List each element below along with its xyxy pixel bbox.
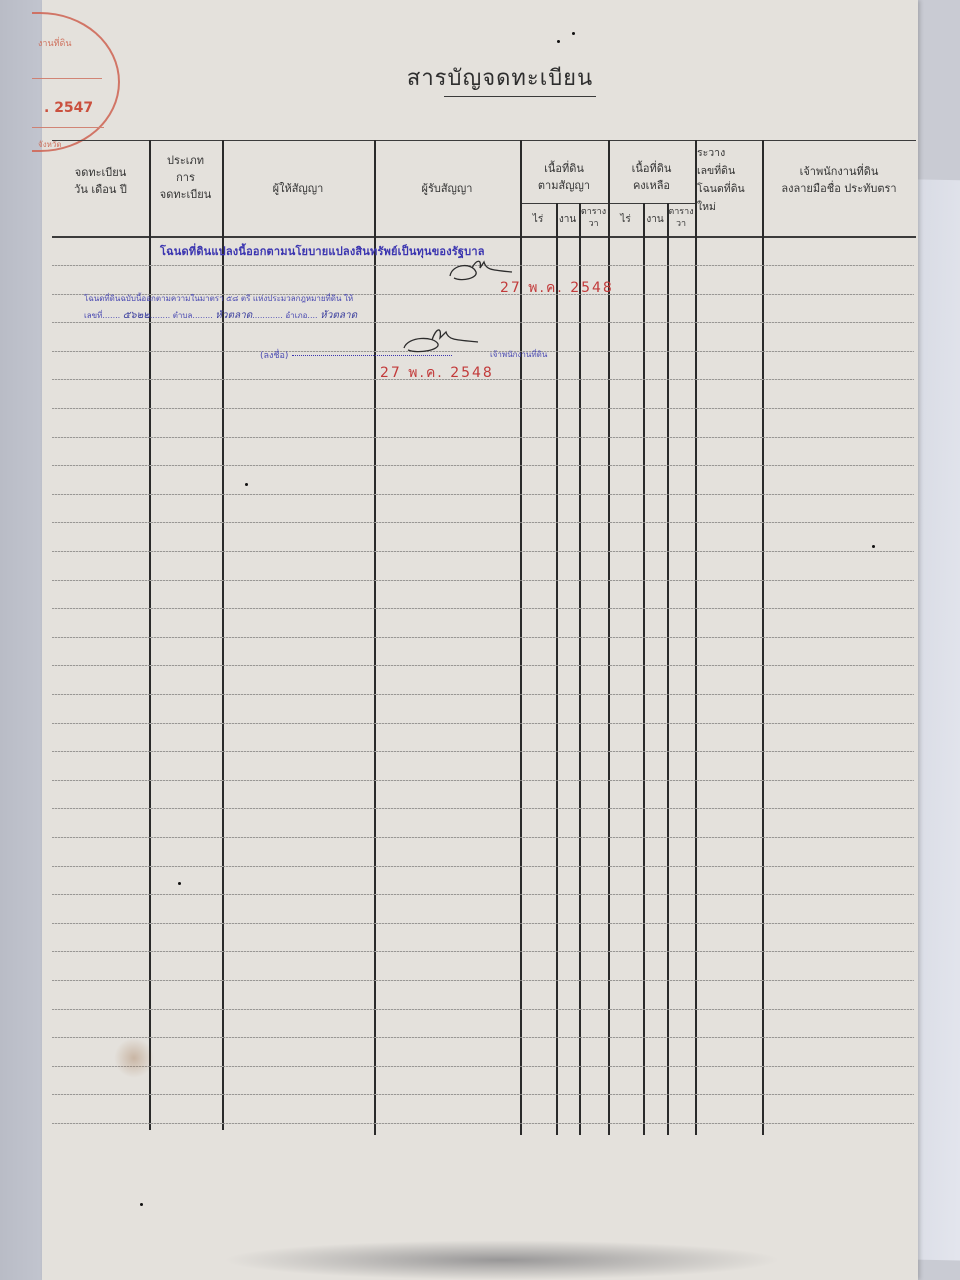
row-ruling <box>52 608 914 609</box>
registration-date-stamp: 27 พ.ค. 2548 <box>500 277 614 299</box>
paper-stain <box>114 1038 154 1078</box>
row-ruling <box>52 1009 914 1010</box>
header-registration-type: ประเภท การ จดทะเบียน <box>149 152 222 203</box>
column-divider <box>643 203 645 1135</box>
ink-speck <box>245 483 248 486</box>
header-text: ตามสัญญา <box>520 177 608 194</box>
header-text: ใหม่ <box>697 198 761 216</box>
row-ruling <box>52 1066 914 1067</box>
deed-number-label: เลขที่ <box>84 311 102 320</box>
header-grantor: ผู้ให้สัญญา <box>222 180 374 197</box>
row-ruling <box>52 408 914 409</box>
row-ruling <box>52 1123 914 1124</box>
subheader-ngan: งาน <box>556 214 579 226</box>
stamp-year: . 2547 <box>44 100 93 116</box>
office-seal-stamp: งานที่ดิน . 2547 จังหวัด <box>32 12 120 152</box>
header-registration-date: จดทะเบียน วัน เดือน ปี <box>52 164 149 198</box>
column-divider <box>149 140 151 1130</box>
stamp-divider <box>32 127 104 128</box>
asset-capitalization-stamp: โฉนดที่ดินแปลงนี้ออกตามนโยบายแปลงสินทรัพ… <box>160 242 485 260</box>
row-ruling <box>52 780 914 781</box>
row-ruling <box>52 551 914 552</box>
header-text: โฉนดที่ดิน <box>697 180 761 198</box>
header-text: ประเภท <box>149 152 222 169</box>
amphoe-value: หัวตลาด <box>320 310 357 321</box>
row-ruling <box>52 751 914 752</box>
row-ruling <box>52 637 914 638</box>
header-text: จดทะเบียน <box>149 186 222 203</box>
row-ruling <box>52 866 914 867</box>
column-divider <box>222 140 224 1130</box>
header-area-per-contract: เนื้อที่ดิน ตามสัญญา <box>520 160 608 194</box>
row-ruling <box>52 723 914 724</box>
row-ruling <box>52 980 914 981</box>
row-ruling <box>52 894 914 895</box>
header-text: ลงลายมือชื่อ ประทับตรา <box>762 180 916 197</box>
stamp-ring-top-text: งานที่ดิน <box>38 36 72 50</box>
deed-note-line-2: เลขที่....... ๕๖๒๒........ ตำบล........ … <box>84 308 357 323</box>
row-ruling <box>52 1094 914 1095</box>
header-text: จดทะเบียน <box>52 164 149 181</box>
ink-speck <box>178 882 181 885</box>
row-ruling <box>52 580 914 581</box>
subheader-rai: ไร่ <box>608 214 643 226</box>
subheader-ngan: งาน <box>643 214 667 226</box>
ink-speck <box>557 40 560 43</box>
row-ruling <box>52 522 914 523</box>
row-ruling <box>52 494 914 495</box>
deed-number-value: ๕๖๒๒ <box>123 310 150 321</box>
column-divider <box>556 203 558 1135</box>
row-ruling <box>52 808 914 809</box>
header-text: การ <box>149 169 222 186</box>
header-bottom-border <box>52 236 916 238</box>
land-officer-label: เจ้าพนักงานที่ดิน <box>490 348 547 361</box>
header-land-officer-signature: เจ้าพนักงานที่ดิน ลงลายมือชื่อ ประทับตรา <box>762 163 916 197</box>
header-text: วัน เดือน ปี <box>52 181 149 198</box>
signature-icon <box>394 326 484 356</box>
table-top-border <box>52 140 916 141</box>
header-text: เนื้อที่ดิน <box>608 160 695 177</box>
row-ruling <box>52 1037 914 1038</box>
stamp-divider <box>32 78 102 79</box>
page-title: สารบัญจดทะเบียน <box>400 60 600 95</box>
ink-speck <box>872 545 875 548</box>
column-divider <box>579 203 581 1135</box>
column-divider <box>667 203 669 1135</box>
header-text: คงเหลือ <box>608 177 695 194</box>
header-area-remaining: เนื้อที่ดิน คงเหลือ <box>608 160 695 194</box>
row-ruling <box>52 665 914 666</box>
tambon-label: ตำบล <box>173 311 193 320</box>
header-text: เนื้อที่ดิน <box>520 160 608 177</box>
tambon-value: หัวตลาด <box>215 310 252 321</box>
title-underline <box>444 96 596 97</box>
row-ruling <box>52 951 914 952</box>
shadow <box>222 1240 782 1280</box>
row-ruling <box>52 923 914 924</box>
row-ruling <box>52 465 914 466</box>
ink-speck <box>572 32 575 35</box>
row-ruling <box>52 837 914 838</box>
signature-label: (ลงชื่อ) <box>260 348 288 362</box>
header-text: เลขที่ดิน <box>697 162 761 180</box>
deed-note-line-1: โฉนดที่ดินฉบับนี้ออกตามความในมาตรา ๕๘ ตร… <box>84 292 353 305</box>
subheader-square-wa: ตาราง วา <box>579 206 608 230</box>
header-text: เจ้าพนักงานที่ดิน <box>762 163 916 180</box>
header-text: ระวาง <box>697 144 761 162</box>
row-ruling <box>52 437 914 438</box>
signature-date-stamp: 27 พ.ค. 2548 <box>380 362 494 384</box>
subheader-rai: ไร่ <box>520 214 556 226</box>
header-new-deed-number: ระวาง เลขที่ดิน โฉนดที่ดิน ใหม่ <box>697 144 761 216</box>
amphoe-label: อำเภอ <box>285 311 307 320</box>
row-ruling <box>52 694 914 695</box>
subheader-square-wa: ตาราง วา <box>667 206 695 230</box>
registration-index-page: งานที่ดิน . 2547 จังหวัด สารบัญจดทะเบียน… <box>42 0 918 1280</box>
ink-speck <box>140 1203 143 1206</box>
header-grantee: ผู้รับสัญญา <box>374 180 520 197</box>
